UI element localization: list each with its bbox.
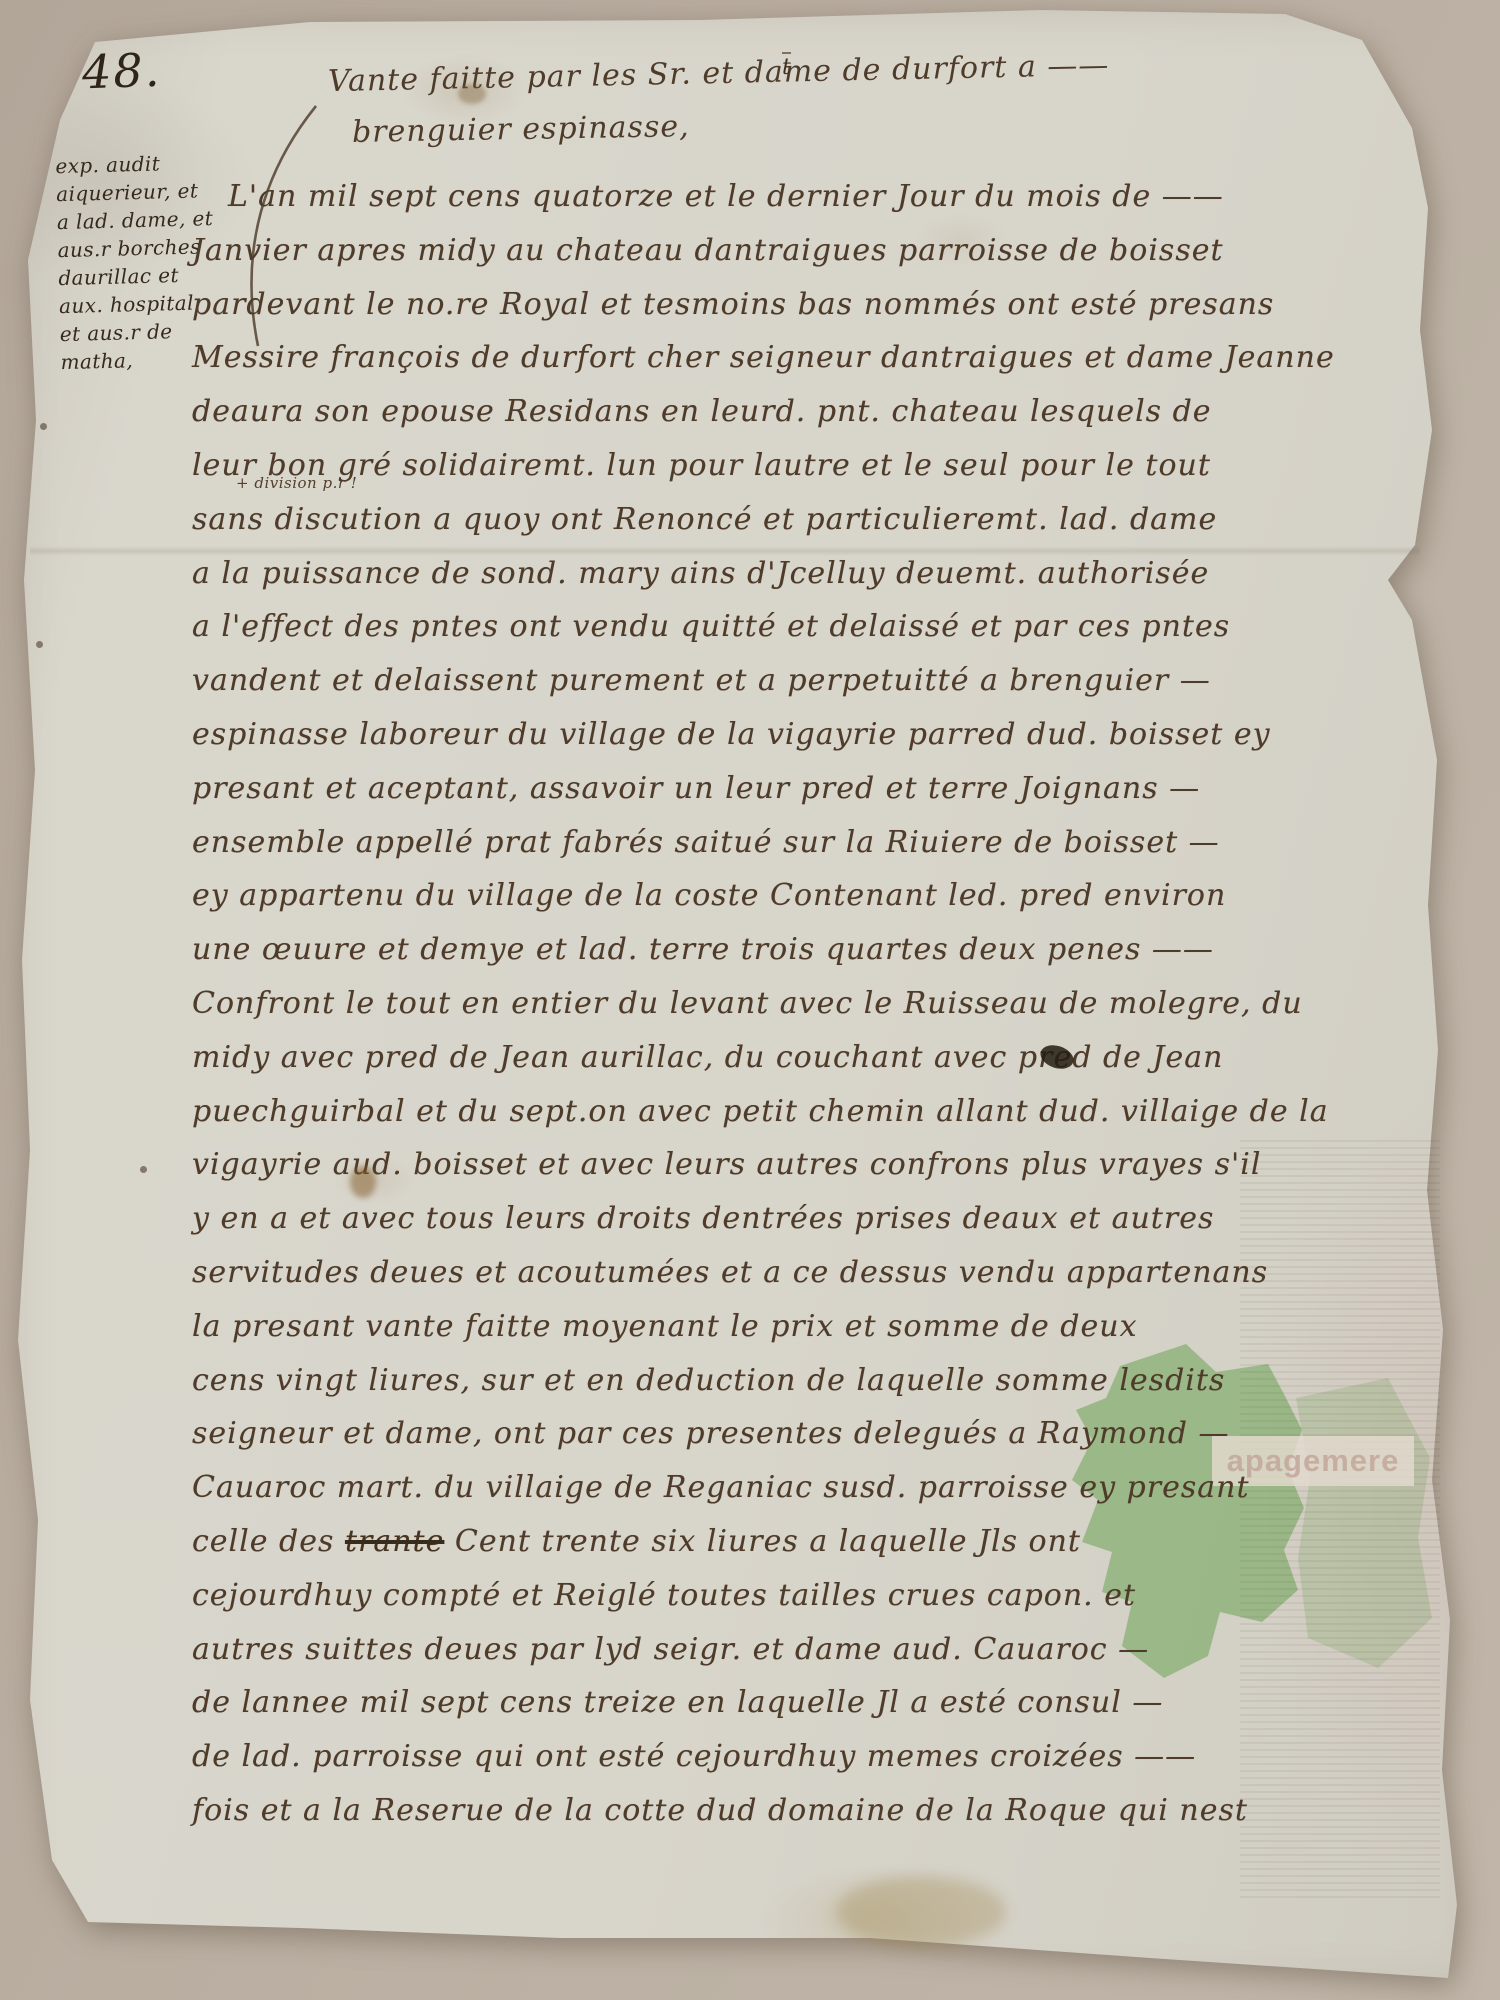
body-line: presant et aceptant, assavoir un leur pr… xyxy=(192,764,1462,818)
body-line: servitudes deues et acoutumées et a ce d… xyxy=(192,1248,1462,1302)
stain xyxy=(836,1876,1006,1948)
document-scan: apagemere 48. Vante faitte par les Sr. e… xyxy=(0,0,1500,2000)
body-line-with-strike: celle des trante Cent trente six liures … xyxy=(192,1517,1462,1571)
title-caret-mark: t xyxy=(782,52,791,80)
body-line: de lad. parroisse qui ont esté cejourdhu… xyxy=(192,1732,1462,1786)
body-line: vandent et delaissent purement et a perp… xyxy=(192,656,1462,710)
body-line: pardevant le no.re Royal et tesmoins bas… xyxy=(192,280,1462,334)
body-line: a l'effect des pntes ont vendu quitté et… xyxy=(192,602,1462,656)
strike-line-prefix: celle des xyxy=(192,1524,345,1559)
body-text: L'an mil sept cens quatorze et le dernie… xyxy=(192,172,1462,1840)
body-line: autres suittes deues par lyd seigr. et d… xyxy=(192,1625,1462,1679)
title-line-2: brenguier espinasse, xyxy=(352,109,690,150)
body-line: Cauaroc mart. du villaige de Reganiac su… xyxy=(192,1463,1462,1517)
stain xyxy=(458,84,486,104)
strikethrough-word: trante xyxy=(345,1524,444,1559)
body-line: fois et a la Reserue de la cotte dud dom… xyxy=(192,1786,1462,1840)
body-line: espinasse laboreur du village de la viga… xyxy=(192,710,1462,764)
body-line: la presant vante faitte moyenant le prix… xyxy=(192,1302,1462,1356)
paper-hole xyxy=(40,423,47,430)
strike-line-suffix: Cent trente six liures a laquelle Jls on… xyxy=(444,1524,1081,1559)
body-line: ensemble appellé prat fabrés saitué sur … xyxy=(192,818,1462,872)
body-line: cens vingt liures, sur et en deduction d… xyxy=(192,1356,1462,1410)
body-line: Messire françois de durfort cher seigneu… xyxy=(192,333,1462,387)
paper-hole xyxy=(36,641,43,648)
body-line: midy avec pred de Jean aurillac, du couc… xyxy=(192,1033,1462,1087)
body-line: ey appartenu du village de la coste Cont… xyxy=(192,871,1462,925)
body-line: y en a et avec tous leurs droits dentrée… xyxy=(192,1194,1462,1248)
page-number: 48. xyxy=(81,43,162,100)
body-line: L'an mil sept cens quatorze et le dernie… xyxy=(192,172,1462,226)
body-line: sans discution a quoy ont Renoncé et par… xyxy=(192,495,1462,549)
body-line: a la puissance de sond. mary ains d'Jcel… xyxy=(192,549,1462,603)
body-line: de lannee mil sept cens treize en laquel… xyxy=(192,1678,1462,1732)
body-line: leur bon gré solidairemt. lun pour lautr… xyxy=(192,441,1462,495)
paper-hole xyxy=(140,1166,147,1173)
body-line: seigneur et dame, ont par ces presentes … xyxy=(192,1409,1462,1463)
body-line: Janvier apres midy au chateau dantraigue… xyxy=(192,226,1462,280)
body-line: puechguirbal et du sept.on avec petit ch… xyxy=(192,1087,1462,1141)
stain xyxy=(350,1166,376,1198)
body-line: deaura son epouse Residans en leurd. pnt… xyxy=(192,387,1462,441)
body-line: une œuure et demye et lad. terre trois q… xyxy=(192,925,1462,979)
body-line: vigayrie aud. boisset et avec leurs autr… xyxy=(192,1140,1462,1194)
body-line: cejourdhuy compté et Reiglé toutes taill… xyxy=(192,1571,1462,1625)
body-line: Confront le tout en entier du levant ave… xyxy=(192,979,1462,1033)
